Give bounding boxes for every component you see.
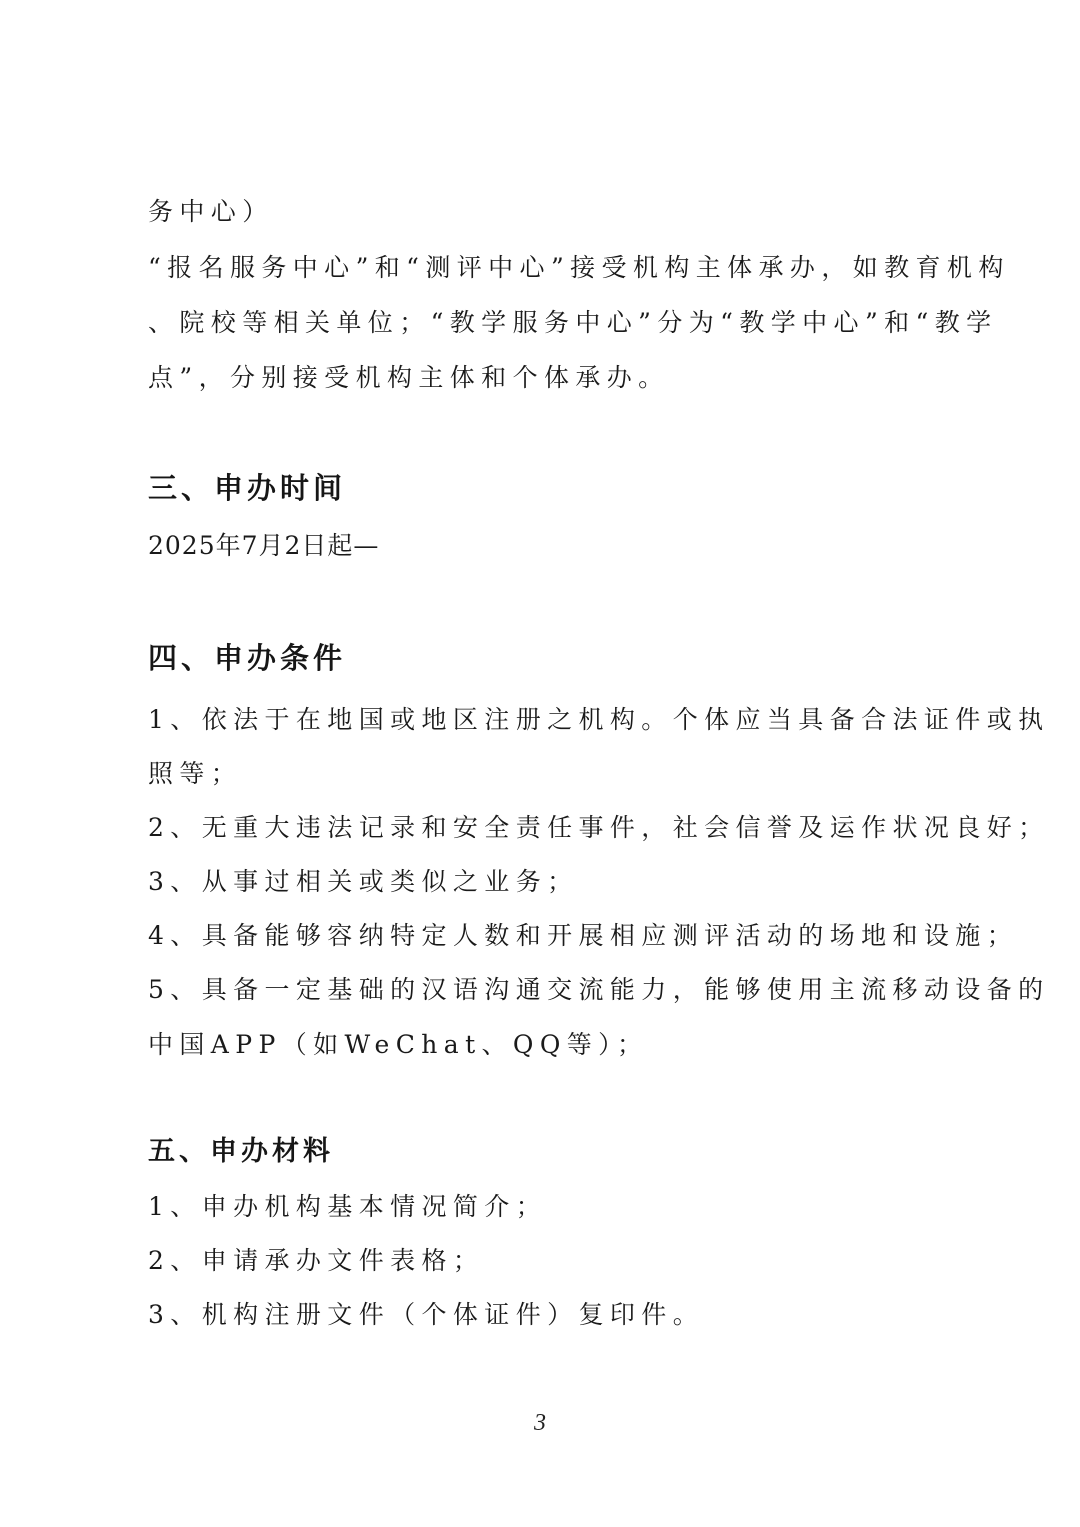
condition-line-4: 3、从事过相关或类似之业务；	[148, 866, 579, 898]
intro-paragraph-line-1: “报名服务中心”和“测评中心”接受机构主体承办，如教育机构	[148, 252, 1010, 284]
condition-line-5: 4、具备能够容纳特定人数和开展相应测评活动的场地和设施；	[148, 920, 1018, 952]
document-page: 务中心） “报名服务中心”和“测评中心”接受机构主体承办，如教育机构 、院校等相…	[0, 0, 1080, 1527]
material-line-1: 1、申办机构基本情况简介；	[148, 1191, 547, 1223]
section-3-title: 三、申办时间	[148, 470, 346, 506]
section-4-title: 四、申办条件	[148, 640, 346, 676]
page-number: 3	[0, 1410, 1080, 1437]
condition-line-7: 中国APP（如WeChat、QQ等）；	[148, 1029, 648, 1061]
condition-line-2: 照等；	[148, 758, 242, 790]
condition-line-6: 5、具备一定基础的汉语沟通交流能力，能够使用主流移动设备的	[148, 974, 1050, 1006]
intro-paragraph-line-2: 、院校等相关单位；“教学服务中心”分为“教学中心”和“教学	[148, 307, 998, 339]
material-line-2: 2、申请承办文件表格；	[148, 1245, 484, 1277]
section-5-title: 五、申办材料	[148, 1134, 334, 1170]
condition-line-3: 2、无重大违法记录和安全责任事件，社会信誉及运作状况良好；	[148, 812, 1050, 844]
intro-continuation: 务中心）	[148, 196, 274, 228]
section-3-date: 2025年7月2日起—	[148, 530, 379, 562]
intro-paragraph-line-3: 点”，分别接受机构主体和个体承办。	[148, 362, 670, 394]
condition-line-1: 1、依法于在地国或地区注册之机构。个体应当具备合法证件或执	[148, 704, 1050, 736]
material-line-3: 3、机构注册文件（个体证件）复印件。	[148, 1299, 704, 1331]
